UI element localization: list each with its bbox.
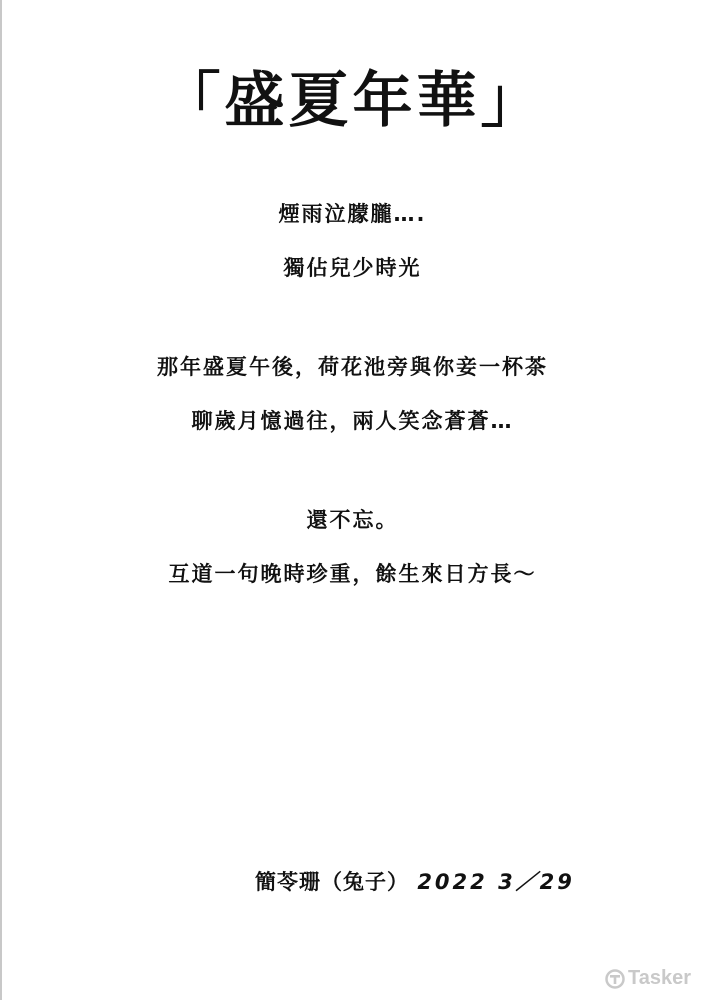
page-left-edge <box>0 0 2 1000</box>
poem-line: 那年盛夏午後，荷花池旁與你妾一杯茶 <box>0 353 705 381</box>
signature-date: 2022 3／29 <box>417 870 575 894</box>
tasker-watermark: Tasker <box>605 967 691 990</box>
watermark-text: Tasker <box>628 967 691 990</box>
tasker-logo-icon <box>605 969 625 989</box>
poem-line: 獨佔兒少時光 <box>0 254 705 282</box>
signature: 簡苓珊（兔子） 2022 3／29 <box>255 868 575 896</box>
signature-author: 簡苓珊（兔子） <box>255 870 409 894</box>
poem-line: 還不忘。 <box>0 506 705 534</box>
poem-title: 「盛夏年華」 <box>0 66 705 136</box>
poem-line: 聊歲月憶過往，兩人笑念蒼蒼… <box>0 407 705 435</box>
poem-line: 互道一句晚時珍重，餘生來日方長～ <box>0 560 705 588</box>
poem-line: 煙雨泣朦朧…. <box>0 200 705 228</box>
